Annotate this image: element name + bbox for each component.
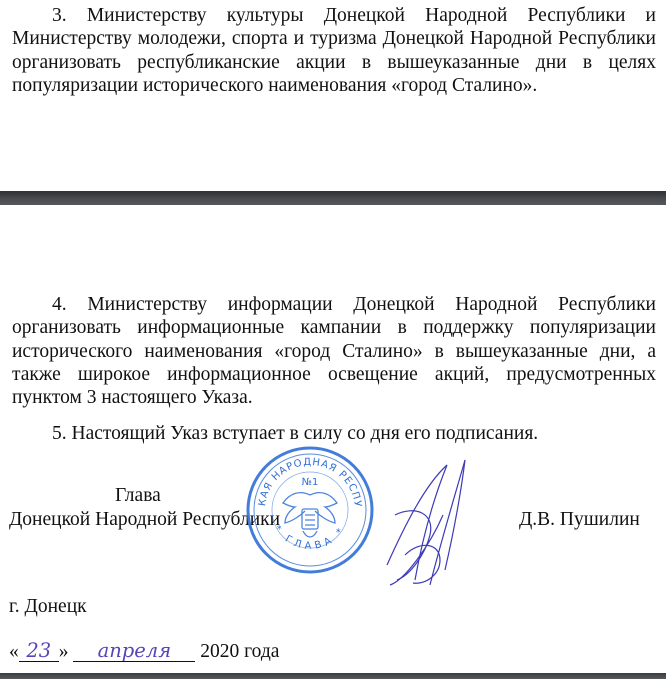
place-of-signing: г. Донецк	[9, 596, 87, 618]
document-page-1: 3. Министерству культуры Донецкой Народн…	[0, 0, 666, 191]
page-divider	[0, 191, 666, 205]
paragraph-3-text: Министерству культуры Донецкой Народной …	[12, 5, 656, 96]
paragraph-5-number: 5.	[52, 423, 67, 444]
date-day: 23	[19, 641, 59, 662]
signatory-name: Д.В. Пушилин	[519, 509, 640, 531]
page-bottom-edge	[0, 673, 666, 679]
paragraph-4: 4. Министерству информации Донецкой Наро…	[12, 293, 656, 409]
svg-text:№1: №1	[302, 477, 319, 488]
date-open-quote: «	[9, 641, 19, 662]
date-month: апреля	[73, 641, 195, 662]
date-close-quote: »	[59, 641, 69, 662]
handwritten-signature	[385, 455, 480, 595]
paragraph-5-text: Настоящий Указ вступает в силу со дня ег…	[72, 423, 539, 444]
svg-text:* ГЛАВА *: * ГЛАВА *	[271, 524, 348, 552]
signing-date: «23» апреля 2020 года	[9, 641, 279, 663]
paragraph-4-number: 4.	[52, 294, 67, 315]
paragraph-4-text: Министерству информации Донецкой Народно…	[12, 294, 656, 408]
date-year: 2020 года	[200, 641, 279, 662]
paragraph-5: 5. Настоящий Указ вступает в силу со дня…	[12, 422, 656, 445]
signatory-title: Глава	[115, 485, 161, 507]
signatory-organization: Донецкой Народной Республики	[9, 509, 280, 531]
paragraph-3-number: 3.	[52, 5, 67, 26]
document-page-2: 4. Министерству информации Донецкой Наро…	[0, 205, 666, 673]
official-seal-stamp-icon: ДОНЕЦКАЯ НАРОДНАЯ РЕСПУБЛИКА * ГЛАВА * №…	[245, 445, 375, 575]
paragraph-3: 3. Министерству культуры Донецкой Народн…	[12, 4, 656, 97]
